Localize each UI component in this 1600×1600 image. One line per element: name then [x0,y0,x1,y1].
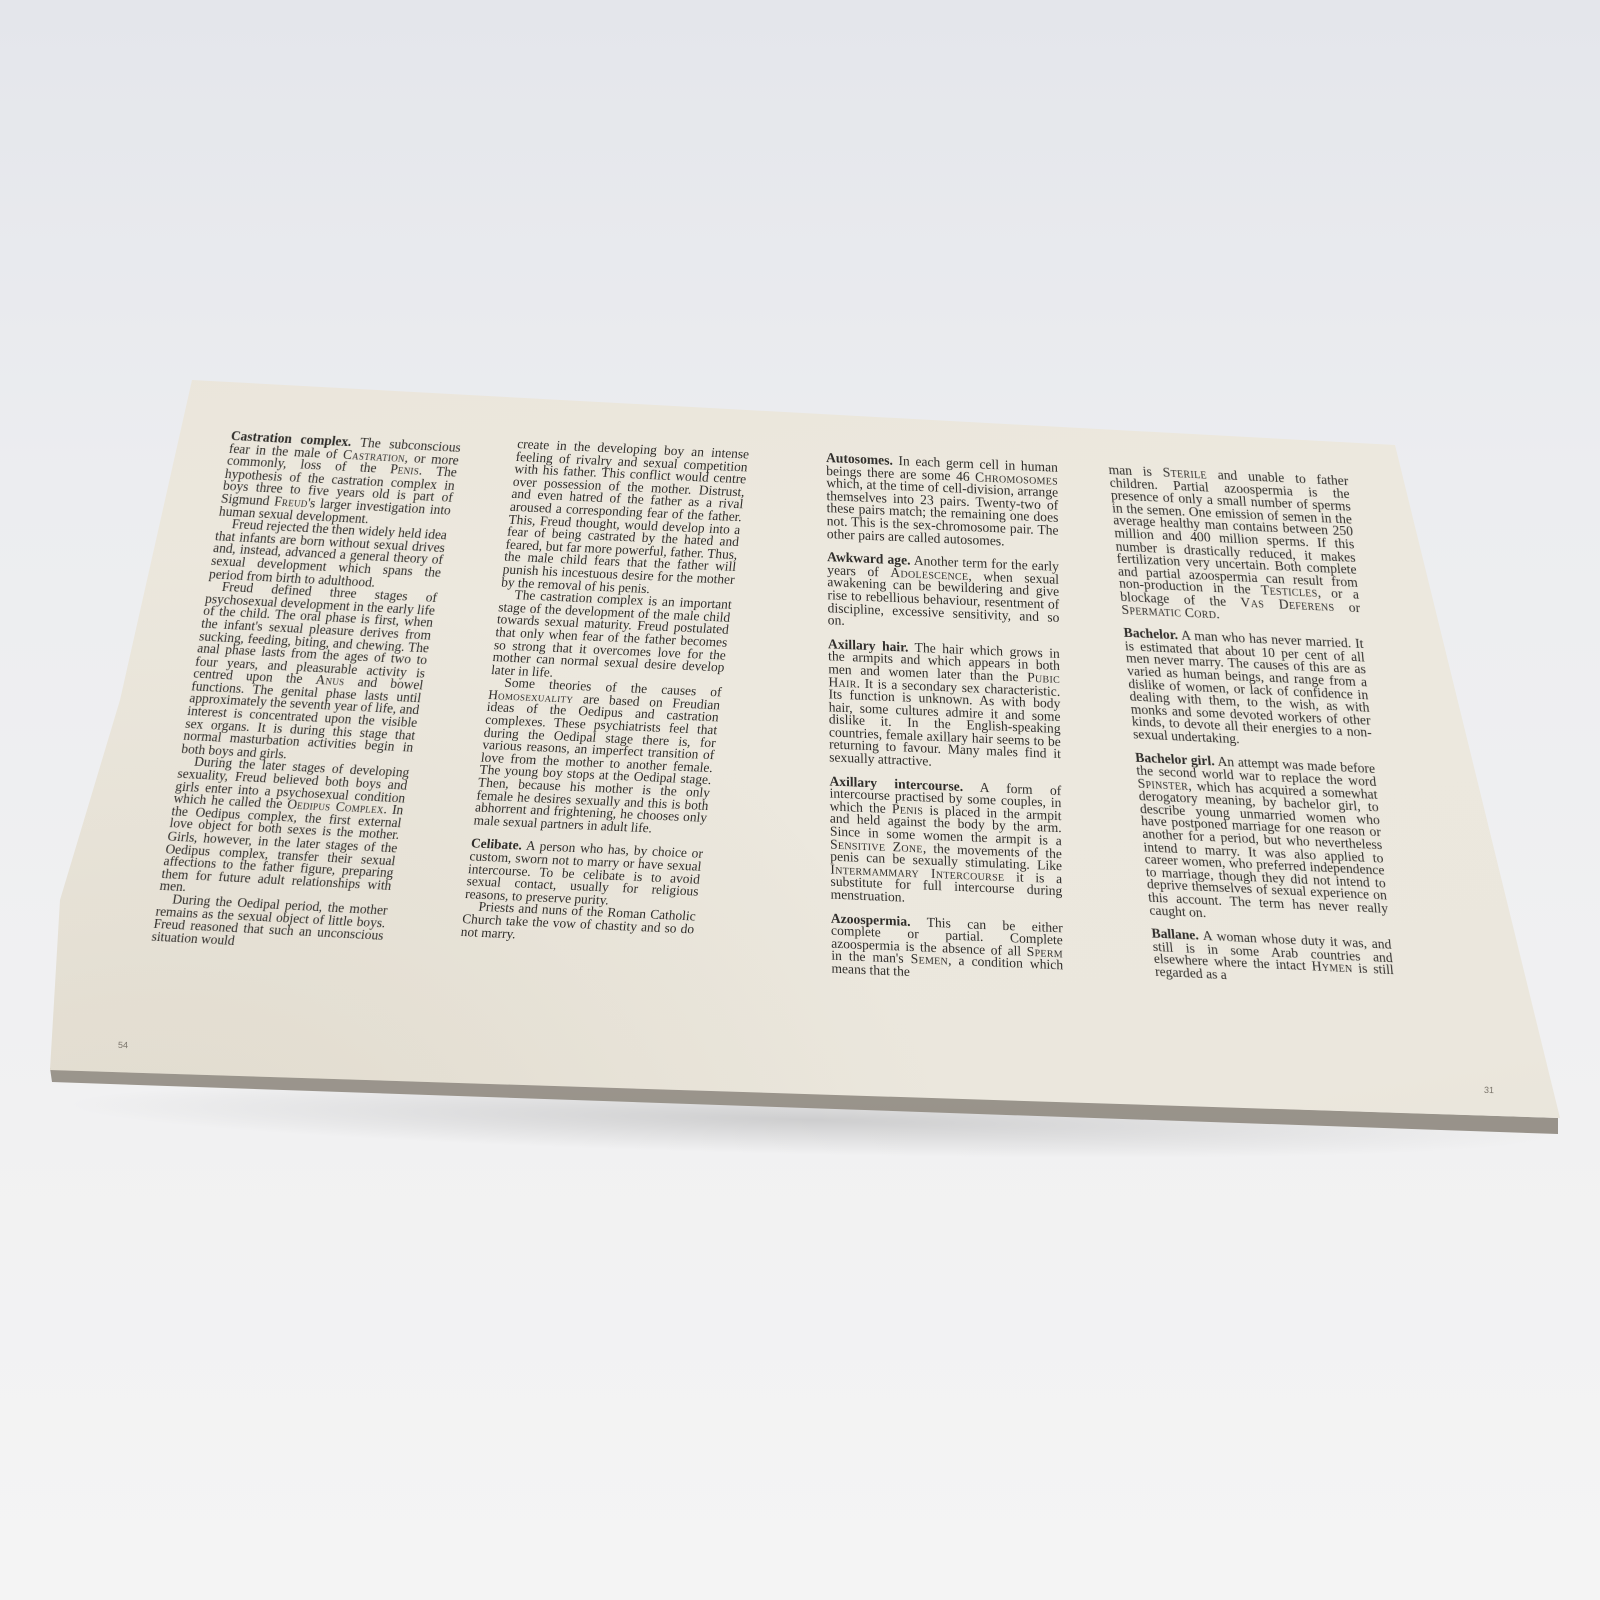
body-text: The castration complex is an important s… [490,587,732,679]
dictionary-entry: Axillary intercourse. A form of intercou… [829,775,1062,911]
cross-reference: Vas Deferens [1240,594,1335,614]
body-text: are based on Freudian ideas of the Oedip… [473,691,721,836]
body-text: which, at the time of cell-division, arr… [826,475,1058,548]
body-text: and bowel functions. The genital phase l… [180,674,424,762]
dictionary-entry: Axillary hair. The hair which grows in t… [828,638,1061,774]
entry-paragraph: During the later stages of developing se… [159,755,410,905]
body-text: . It is a secondary sex characteristic. … [828,675,1060,769]
entry-paragraph: The castration complex is an important s… [490,588,732,686]
page-number-left: 54 [118,1040,128,1050]
entry-paragraph: create in the developing boy an intense … [501,438,750,599]
text-column-4: man is Sterile and unable to father chil… [1108,464,1395,990]
cross-reference: Spermatic Cord [1121,601,1217,621]
dictionary-entry: Azoospermia. This can be either complete… [831,912,1063,985]
dictionary-entry: Autosomes. In each germ cell in human be… [826,452,1059,550]
dictionary-entry: Bachelor. A man who has never married. I… [1123,627,1373,752]
body-text: and unable to father children. Partial a… [1109,467,1358,598]
dictionary-entry: Awkward age. Another term for the early … [827,551,1060,636]
text-column-3: Autosomes. In each germ cell in human be… [826,452,1063,985]
body-text: or [1334,599,1361,615]
body-text: A man who has never married. It is estim… [1124,628,1372,747]
body-text: Freud rejected the then widely held idea… [208,516,448,589]
entry-paragraph: man is Sterile and unable to father chil… [1108,464,1362,627]
body-text: Freud defined three stages of psychosexu… [192,579,438,687]
dictionary-entry: Castration complex. The subconscious fea… [218,430,462,530]
page-number-right: 31 [1484,1085,1494,1095]
cross-reference: Hymen [1311,958,1353,975]
dictionary-entry: Bachelor girl. An attempt was made befor… [1135,752,1390,928]
body-text: , which has acquired a somewhat derogato… [1138,778,1389,920]
entry-paragraph: Some theories of the causes of Homosexua… [473,676,722,837]
booklet: Castration complex. The subconscious fea… [0,0,1600,1600]
body-text: create in the developing boy an intense … [501,436,750,596]
cross-reference: Semen [911,951,949,968]
body-text: . In the Oedipus complex, the first exte… [159,802,405,895]
entry-paragraph: Freud defined three stages of psychosexu… [180,580,437,767]
